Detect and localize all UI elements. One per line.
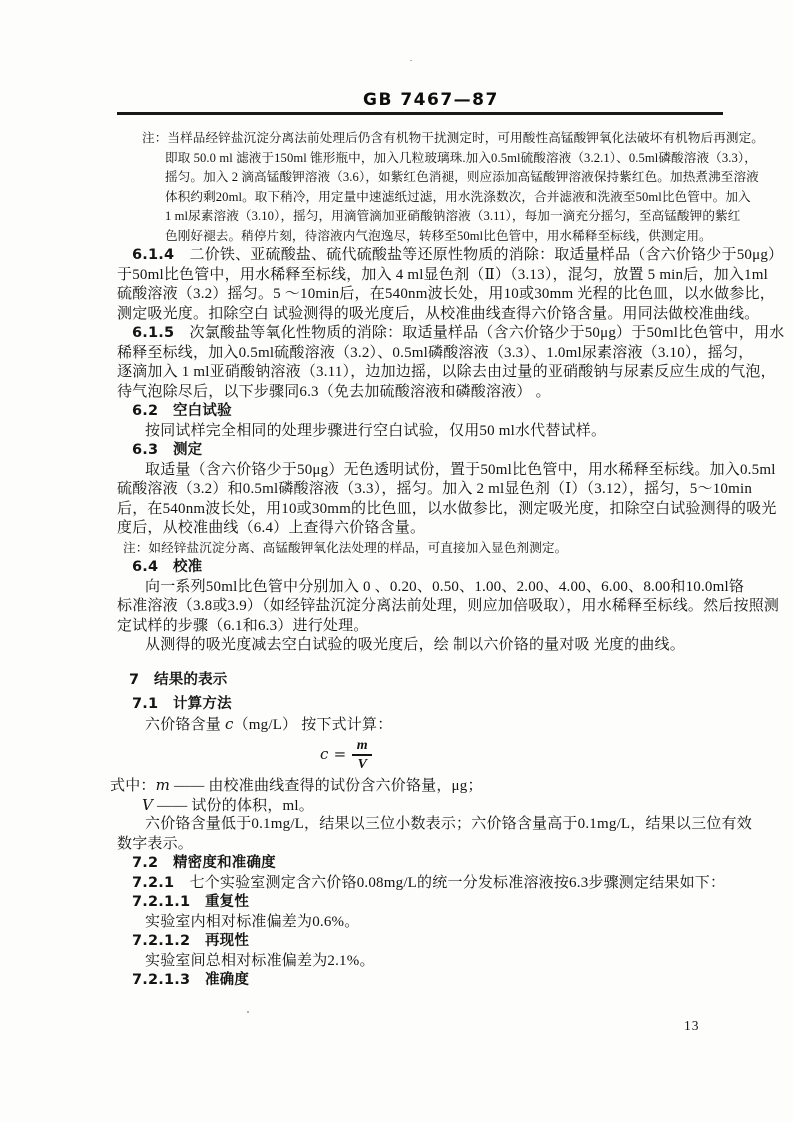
text-line: 待气泡除尽后，以下步骤同6.3（免去加硫酸溶液和磷酸溶液） 。 <box>117 383 767 403</box>
document-page: GB 7467—87 注：当样品经锌盐沉淀分离法前处理后仍含有机物干扰测定时，可… <box>0 0 793 1122</box>
text-line: 定试样的步骤（6.1和6.3）进行处理。 <box>117 617 767 637</box>
section-6-2-heading: 6.2 空白试验 <box>132 402 767 422</box>
note-line: 体积约剩20ml。取下稍冷，用定量中速滤纸过滤，用水洗涤数次，合并滤液和洗液至5… <box>165 188 767 208</box>
scan-speck <box>410 60 412 61</box>
section-7-2-1-2-heading: 7.2.1.2 再现性 <box>132 932 767 952</box>
text-line: 硫酸溶液（3.2）摇匀。5 ～10min后，在540nm波长处，用10或30mm… <box>117 285 767 305</box>
section-7-2-heading: 7.2 精密度和准确度 <box>132 854 767 874</box>
text-line: 数字表示。 <box>117 835 767 855</box>
section-6-4-heading: 6.4 校准 <box>132 558 767 578</box>
section-7-2-1-3-heading: 7.2.1.3 准确度 <box>132 971 767 991</box>
text-line: 度后，从校准曲线（6.4）上查得六价铬含量。 <box>117 519 767 539</box>
text-line: 式中：m —— 由校准曲线查得的试份含六价铬量，μg； <box>110 776 767 796</box>
scan-speck <box>247 1011 249 1013</box>
text-line: 取适量（含六价铬少于50μg）无色透明试份，置于50ml比色管中，用水稀释至标线… <box>145 461 767 481</box>
text-line: V —— 试份的体积，ml。 <box>142 796 767 816</box>
section-7-2-1-1-heading: 7.2.1.1 重复性 <box>132 893 767 913</box>
note-line: 1 ml尿素溶液（3.10），摇匀，用滴管滴加亚硝酸钠溶液（3.11），每加一滴… <box>165 207 767 227</box>
document-lines: 注：当样品经锌盐沉淀分离法前处理后仍含有机物干扰测定时，可用酸性高锰酸钾氧化法破… <box>117 129 767 991</box>
text-line: 实验室内相对标准偏差为0.6%。 <box>145 913 767 933</box>
text-line: 从测得的吸光度减去空白试验的吸光度后，绘 制以六价铬的量对吸 光度的曲线。 <box>145 636 767 656</box>
text-line: 六价铬含量低于0.1mg/L，结果以三位小数表示；六价铬含量高于0.1mg/L，… <box>145 815 767 835</box>
text-line: 稀释至标线，加入0.5ml硫酸溶液（3.2）、0.5ml磷酸溶液（3.3）、1.… <box>117 344 767 364</box>
text-line: 按同试样完全相同的处理步骤进行空白试验，仅用50 ml水代替试样。 <box>145 422 767 442</box>
text-line: 实验室间总相对标准偏差为2.1%。 <box>145 952 767 972</box>
note-line: 摇匀。加入 2 滴高锰酸钾溶液（3.6），如紫红色消褪，则应添加高锰酸钾溶液保持… <box>165 168 767 188</box>
header-rule <box>117 112 723 115</box>
section-6-1-5: 6.1.5 次氯酸盐等氧化性物质的消除：取适量样品（含六价铬少于50μg）于50… <box>132 324 767 344</box>
note-line: 注：如经锌盐沉淀分离、高锰酸钾氧化法处理的样品，可直接加入显色剂测定。 <box>123 539 767 559</box>
text-line: 标准溶液（3.8或3.9）（如经锌盐沉淀分离法前处理，则应加倍吸取），用水稀释至… <box>117 597 767 617</box>
formula: c =mV <box>320 734 767 776</box>
note-line: 色刚好褪去。稍停片刻，待溶液内气泡逸尽，转移至50ml比色管中，用水稀释至标线，… <box>165 227 767 247</box>
text-line: 后，在540nm波长处，用10或30mm的比色皿，以水做参比，测定吸光度，扣除空… <box>117 500 767 520</box>
text-line: 硫酸溶液（3.2）和0.5ml磷酸溶液（3.3），摇匀。加入 2 ml显色剂（Ⅰ… <box>117 480 767 500</box>
note-line: 注：当样品经锌盐沉淀分离法前处理后仍含有机物干扰测定时，可用酸性高锰酸钾氧化法破… <box>142 129 767 149</box>
text-line: 向一系列50ml比色管中分别加入 0 、0.20、0.50、1.00、2.00、… <box>145 578 767 598</box>
text-line: 六价铬含量 c（mg/L） 按下式计算： <box>145 715 767 735</box>
fraction: mV <box>352 738 372 772</box>
standard-number-header: GB 7467—87 <box>363 90 499 110</box>
fraction-bar <box>352 754 372 756</box>
section-7-2-1: 7.2.1 七个实验室测定含六价铬0.08mg/L的统一分发标准溶液按6.3步骤… <box>132 874 767 894</box>
section-6-3-heading: 6.3 测定 <box>132 441 767 461</box>
section-6-1-4: 6.1.4 二价铁、亚硫酸盐、硫代硫酸盐等还原性物质的消除：取适量样品（含六价铬… <box>132 246 767 266</box>
text-line: 测定吸光度。扣除空白 试验测得的吸光度后，从校准曲线查得六价铬含量。用同法做校准… <box>117 305 767 325</box>
section-7-heading: 7 结果的表示 <box>129 670 767 690</box>
text-line: 于50ml比色管中，用水稀释至标线，加入 4 ml显色剂（Ⅱ）（3.13），混匀… <box>117 266 767 286</box>
text-line: 逐滴加入 1 ml亚硝酸钠溶液（3.11），边加边摇，以除去由过量的亚硝酸钠与尿… <box>117 363 767 383</box>
note-line: 即取 50.0 ml 滤液于150ml 锥形瓶中，加入几粒玻璃珠.加入0.5ml… <box>165 149 767 169</box>
section-7-1-heading: 7.1 计算方法 <box>132 695 767 715</box>
page-number: 13 <box>684 1018 700 1034</box>
